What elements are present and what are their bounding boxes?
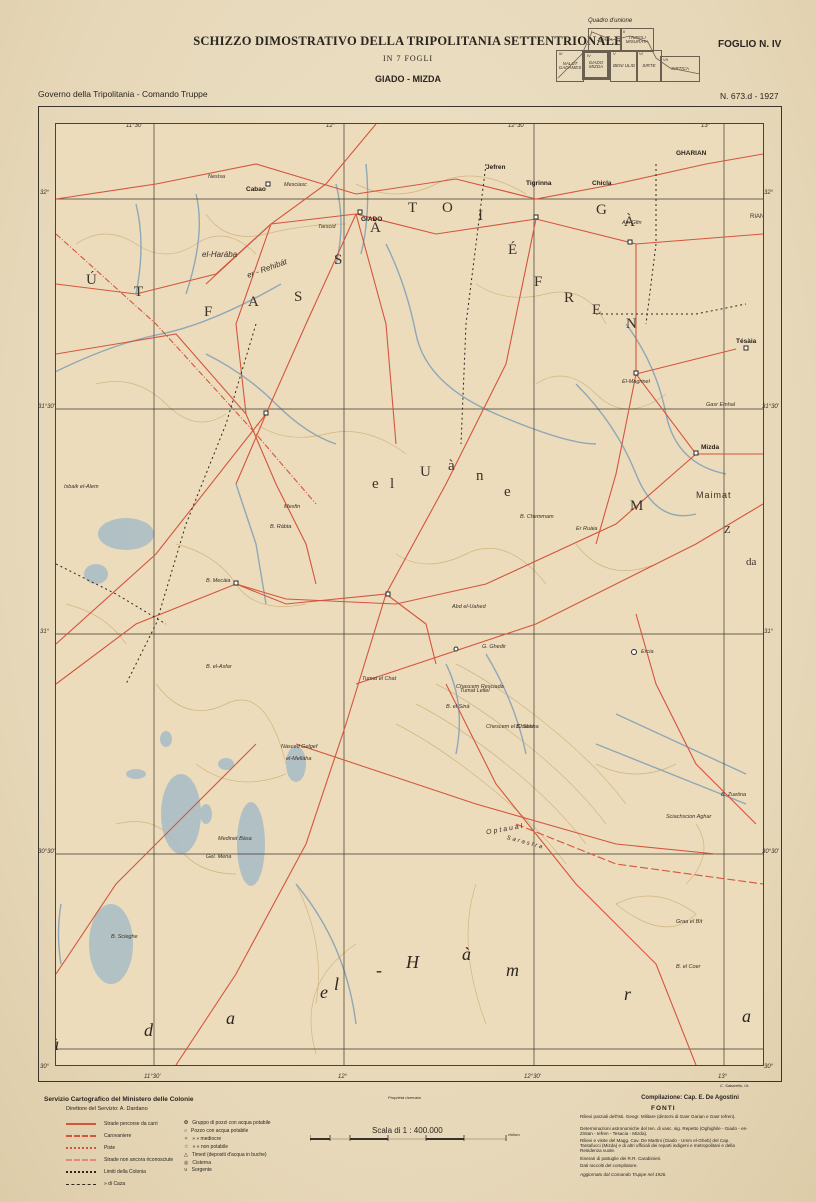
place: B. Chemmam (520, 514, 554, 520)
place: Mesciasc (284, 182, 307, 188)
place: Medinet Bàsa (218, 836, 252, 842)
town-jefren[interactable]: Jefren (486, 164, 506, 171)
source-line: Dati raccolti del compilatore. (580, 1163, 750, 1168)
region-maimat: Maimat (696, 490, 732, 500)
legend-row-caravan: Carovaniere (66, 1133, 131, 1139)
legend-row-colony-limit: Limiti della Colonia (66, 1169, 146, 1175)
region-letter: e (372, 476, 379, 493)
region-letter: N (626, 316, 637, 333)
lon-label-bottom: 12° (338, 1074, 347, 1080)
map-canvas (56, 124, 763, 1065)
place: G. Ghedir (482, 644, 506, 650)
region-letter: S (294, 289, 302, 306)
place: B. el Sinà (446, 704, 470, 710)
lat-label-left: 30°30' (38, 849, 55, 855)
lat-label-right: 31° (764, 629, 773, 635)
place: El-Magrinel (622, 379, 650, 385)
region-letter: G (596, 202, 607, 219)
place-el-haraba: el-Harába (202, 250, 237, 259)
place: Gasr Emhal (706, 402, 735, 408)
lat-label-right: 30°30' (762, 849, 779, 855)
unsurveyed-line-icon (66, 1159, 96, 1161)
place: Sciachscion Aghar (666, 814, 711, 820)
town-chicla[interactable]: Chicla (592, 180, 612, 187)
scale-unit: chilom. (508, 1132, 521, 1137)
region-letter: U (420, 464, 431, 481)
source-line: Itinerari di pattuglie dei R.R. Carabini… (580, 1156, 750, 1161)
well-mediocre-icon: ✧ (184, 1136, 188, 1142)
graticule-lines (56, 124, 763, 1065)
lat-label-left: 32° (40, 190, 49, 196)
colony-limit-icon (66, 1171, 96, 1173)
hamada-letter: r (624, 984, 631, 1005)
town-giado[interactable]: GIADO (361, 216, 382, 223)
place: Tumat Lellel (460, 688, 490, 694)
legend-heading: Servizio Cartografico del Ministero dell… (44, 1096, 194, 1103)
engraver-credit: C. Sabarello, Ut. (720, 1083, 749, 1088)
sources-heading: FONTI (651, 1105, 676, 1112)
legend-row-tracks: Piste (66, 1145, 115, 1151)
region-letter: à (448, 458, 455, 475)
legend-symbol: △Timed (depositi d'acqua in buche) (184, 1152, 267, 1158)
legend-symbol: ◎Cisterna (184, 1160, 211, 1166)
region-letter: Z (724, 524, 731, 536)
place: Nesìsa (208, 174, 225, 180)
roads (56, 124, 763, 1065)
source-line: Rilievi parziali dell'Isti. Geogr. Milit… (580, 1114, 750, 1119)
region-letter: I (478, 208, 483, 225)
place: B. Mecàia (206, 578, 230, 584)
wadis (56, 164, 746, 1024)
hamada-letter: H (406, 952, 419, 973)
region-letter: F (534, 274, 542, 291)
region-letter: Ú (86, 272, 97, 289)
place: Er Ruàia (576, 526, 597, 532)
source-line: Determinazioni astronomiche del ten. di … (580, 1126, 750, 1136)
region-letter: e (504, 484, 511, 501)
place: Tarscid (318, 224, 336, 230)
town-mizda[interactable]: Mizda (701, 444, 719, 451)
lon-label-bottom: 11°30' (144, 1074, 160, 1080)
legend-director: Direttore del Servizio: A. Dardano (66, 1106, 148, 1112)
region-letter: M (630, 498, 643, 515)
region-letter: F (204, 304, 212, 321)
region-letter: E (592, 302, 601, 319)
hamada-letter: à (55, 1034, 59, 1055)
place: B. el Coer (676, 964, 700, 970)
region-letter: n (476, 468, 484, 485)
scale-bar (310, 1133, 520, 1141)
legend-symbol: ○Pozzo con acqua potabile (184, 1128, 248, 1134)
place: B. Ràbta (270, 524, 291, 530)
town-tigrinna[interactable]: Tigrinna (526, 180, 552, 187)
legend-symbol: ❂Gruppo di pozzi con acqua potabile (184, 1120, 271, 1126)
place: B. Zuetina (721, 792, 746, 798)
compilation-credit: Compilazione: Cap. E. De Agostini (641, 1095, 739, 1101)
property-note: Proprietà riservata (388, 1095, 421, 1100)
hamada-letter: à (462, 944, 471, 965)
colony-limits (56, 164, 746, 684)
region-letter: S (334, 252, 342, 269)
hamada-letter: m (506, 960, 519, 981)
region-letter: É (508, 242, 517, 259)
place: Graa el Bìt (676, 919, 702, 925)
hamada-letter: a (226, 1008, 235, 1029)
salt-lakes (84, 518, 306, 984)
place: Abd el-Uahed (452, 604, 486, 610)
region-letter: da (746, 556, 756, 568)
lat-label-left: 31°30' (38, 404, 55, 410)
place: Chescem el Chaba (486, 724, 533, 730)
town-gharian[interactable]: GHARIAN (676, 150, 706, 157)
hamada-letter: l (334, 974, 339, 995)
road-line-icon (66, 1123, 96, 1125)
government-label: Governo della Tripolitania - Comando Tru… (38, 89, 208, 99)
index-coastline (552, 18, 702, 88)
place: Ercia (641, 649, 654, 655)
region-letter: l (390, 476, 394, 493)
lon-label-top: 13° (701, 123, 710, 129)
index-map: Quadro d'unione IZUARA IITRIPOLI MISURAT… (552, 18, 697, 104)
place: Nàsced Gelgef (281, 744, 317, 750)
place: Mesfin (284, 504, 300, 510)
place: el-Mellàha (286, 756, 311, 762)
contour-lines (66, 176, 704, 1054)
well-group-icon: ❂ (184, 1120, 188, 1126)
lat-label-right: 30° (764, 1064, 773, 1070)
region-letter: O (442, 200, 453, 217)
lat-label-left: 31° (40, 629, 49, 635)
place: Isbaik el-Alem (64, 484, 99, 490)
well-nonpotable-icon: ☆ (184, 1144, 188, 1150)
region-letter: A (248, 294, 259, 311)
source-line: Rilievi e visite del Magg. Cav. De Marti… (580, 1138, 750, 1153)
legend-symbol: ∪Sorgente (184, 1167, 212, 1173)
hamada-letter: a (742, 1006, 751, 1027)
legend-row-caza-limit: » di Caza (66, 1181, 125, 1187)
lon-label-top: 12°30' (508, 123, 525, 129)
source-line: Aggiornato dal Comando Truppe nel 1926. (580, 1172, 750, 1177)
lat-label-right: 32° (764, 190, 773, 196)
cistern-icon: ◎ (184, 1160, 188, 1166)
place: Gel. Mena (206, 854, 231, 860)
lon-label-top: 11°30' (126, 123, 142, 129)
lon-label-bottom: 13° (718, 1074, 727, 1080)
place: B. el-Asfar (206, 664, 232, 670)
caza-limit-icon (66, 1184, 96, 1185)
town-cabao[interactable]: Cabao (246, 186, 266, 193)
track-line-icon (66, 1147, 96, 1149)
region-letter: R (564, 290, 574, 307)
legend-row-roads: Strade percorse da carri (66, 1121, 158, 1127)
lon-label-top: 12° (326, 123, 335, 129)
place: Ain Gfin (622, 220, 642, 226)
hamada-letter: e (320, 982, 328, 1003)
hamada-letter: - (376, 960, 382, 981)
legend-symbol: ☆» » non potabile (184, 1144, 228, 1150)
sheet-number: FOGLIO N. IV (718, 39, 781, 50)
lat-label-right: 31°30' (762, 404, 779, 410)
well-icon: ○ (184, 1128, 187, 1134)
town-tesaia[interactable]: Tésàia (736, 338, 756, 345)
tmed-icon: △ (184, 1152, 188, 1158)
legend-symbol: ✧» » mediocre (184, 1136, 221, 1142)
place: Tumat el Chat (362, 676, 396, 682)
place: B. Scieghe (111, 934, 138, 940)
edge-label-gharian: RIAN (750, 214, 764, 220)
spring-icon: ∪ (184, 1167, 188, 1173)
region-letter: T (408, 200, 417, 217)
region-letter: T (134, 284, 143, 301)
hamada-letter: d (144, 1020, 153, 1041)
lat-label-left: 30° (40, 1064, 49, 1070)
lon-label-bottom: 12°30' (524, 1074, 541, 1080)
town-markers (234, 182, 748, 655)
legend-row-unsurveyed: Strade non ancora riconosciute (66, 1157, 173, 1163)
catalog-number: N. 673.d - 1927 (720, 91, 779, 101)
caravan-line-icon (66, 1135, 96, 1137)
map-area[interactable]: Ú T F A S S À T O I É F R E N G À e l U … (55, 123, 764, 1066)
